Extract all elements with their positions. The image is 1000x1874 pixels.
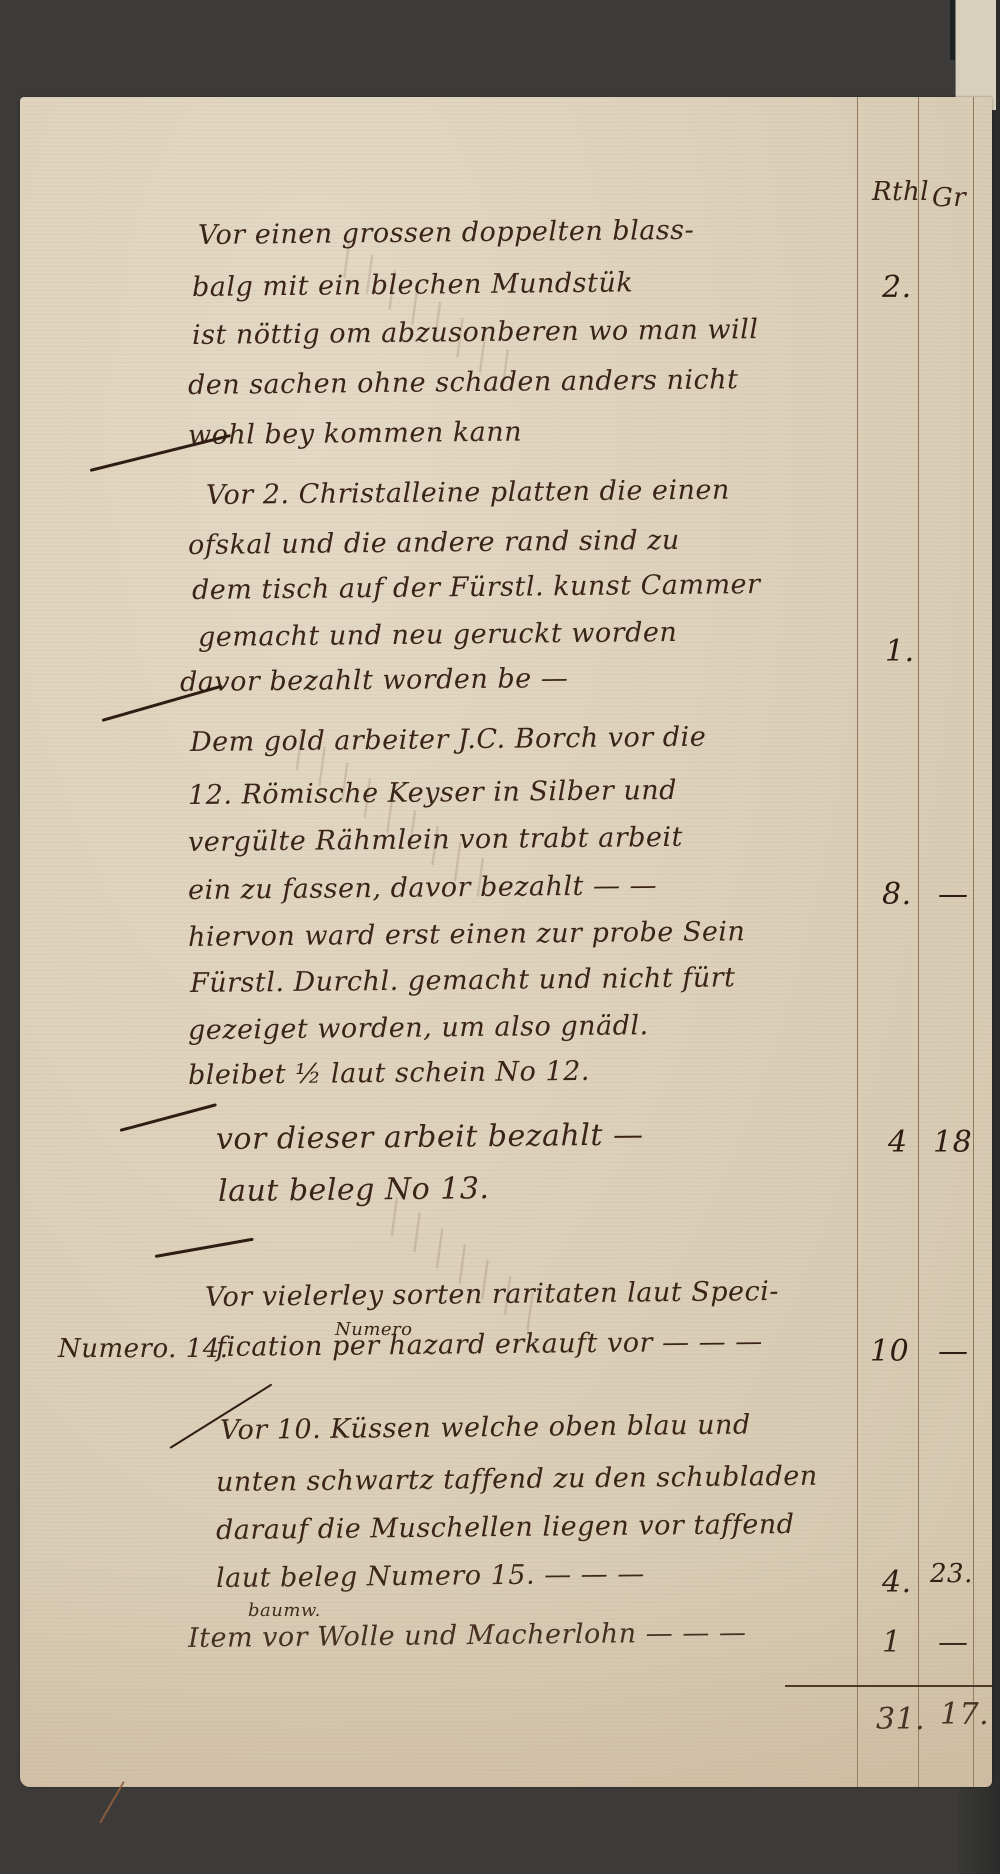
column-header-rthl: Rthl xyxy=(872,177,929,207)
entry-line: hiervon ward erst einen zur probe Sein xyxy=(188,918,746,951)
column-rule-right xyxy=(973,97,974,1787)
amount-rthl: 1. xyxy=(885,634,915,669)
underlying-sheet-edge xyxy=(955,0,996,110)
amount-rthl: 8. xyxy=(882,877,912,912)
column-header-gr: Gr xyxy=(932,183,966,213)
entry-line: davor bezahlt worden be — xyxy=(180,665,569,696)
amount-gr: 18 xyxy=(933,1125,972,1160)
entry-line: laut beleg Numero 15. — — — xyxy=(216,1561,645,1592)
entry-separator xyxy=(102,685,223,722)
entry-line: bleibet ½ laut schein No 12. xyxy=(188,1058,590,1089)
entry-line: laut beleg No 13. xyxy=(218,1174,490,1207)
entry-line: dem tisch auf der Fürstl. kunst Cammer xyxy=(192,571,761,604)
total-gr: 17. xyxy=(940,1697,989,1732)
entry-separator xyxy=(155,1238,254,1258)
entry-line: Dem gold arbeiter J.C. Borch vor die xyxy=(190,724,706,756)
superscript-annotation: baumw. xyxy=(248,1600,321,1621)
amount-rthl: 1 xyxy=(882,1625,902,1660)
entry-line: ein zu fassen, davor bezahlt — — xyxy=(188,872,657,904)
entry-line: wohl bey kommen kann xyxy=(188,419,522,449)
column-rule-left xyxy=(857,97,858,1787)
column-rule-middle xyxy=(918,97,919,1787)
entry-separator xyxy=(120,1103,217,1132)
amount-rthl: 4. xyxy=(882,1565,912,1600)
amount-gr: — xyxy=(938,1625,969,1660)
entry-line: vergülte Rähmlein von trabt arbeit xyxy=(188,824,683,856)
entry-line: balg mit ein blechen Mundstük xyxy=(192,269,633,301)
total-rthl: 31. xyxy=(876,1702,925,1737)
entry-line: den sachen ohne schaden anders nicht xyxy=(188,366,739,399)
entry-line: Vor 2. Christalleine platten die einen xyxy=(206,477,730,509)
amount-rthl: 10 xyxy=(870,1334,909,1369)
entry-line: Item vor Wolle und Macherlohn — — — xyxy=(188,1619,747,1652)
bleed-through-ink: ╲ ╲ ╲ ╲ ╲ ╲ ╲ xyxy=(377,1197,548,1331)
entry-line: Vor einen grossen doppelten blass- xyxy=(198,217,694,249)
entry-line: vor dieser arbeit bezahlt — xyxy=(216,1121,644,1155)
entry-line: ist nöttig om abzusonberen wo man will xyxy=(192,316,759,349)
entry-line: darauf die Muschellen liegen vor taffend xyxy=(216,1511,795,1544)
entry-line: unten schwartz taffend zu den schubladen xyxy=(216,1463,818,1496)
entry-line: Vor 10. Küssen welche oben blau und xyxy=(220,1411,751,1444)
entry-line: gezeiget worden, um also gnädl. xyxy=(188,1012,649,1044)
total-rule xyxy=(785,1685,992,1687)
ledger-page: ╲ ╲ ╲ ╲ ╲ ╲ ╲ ╲ ╲ ╲ ╲ ╲ ╲ ╲ ╲ ╲ ╲ ╲ ╲ ╲ … xyxy=(20,97,992,1787)
amount-rthl: 2. xyxy=(882,270,912,305)
amount-gr: — xyxy=(938,877,969,912)
ink-stain xyxy=(99,1781,125,1824)
entry-line: 12. Römische Keyser in Silber und xyxy=(188,777,677,809)
entry-line: Vor vielerley sorten raritaten laut Spec… xyxy=(205,1278,779,1311)
amount-gr: — xyxy=(938,1334,969,1369)
entry-line: fication per hazard erkauft vor — — — xyxy=(216,1328,763,1361)
entry-line: gemacht und neu geruckt worden xyxy=(198,619,678,651)
entry-line: Fürstl. Durchl. gemacht und nicht fürt xyxy=(190,964,736,997)
amount-rthl: 4 xyxy=(888,1125,908,1160)
margin-note: Numero. 14. xyxy=(58,1334,229,1364)
amount-gr: 23. xyxy=(930,1559,973,1589)
entry-line: ofskal und die andere rand sind zu xyxy=(188,527,680,559)
entry-separator xyxy=(90,434,231,472)
